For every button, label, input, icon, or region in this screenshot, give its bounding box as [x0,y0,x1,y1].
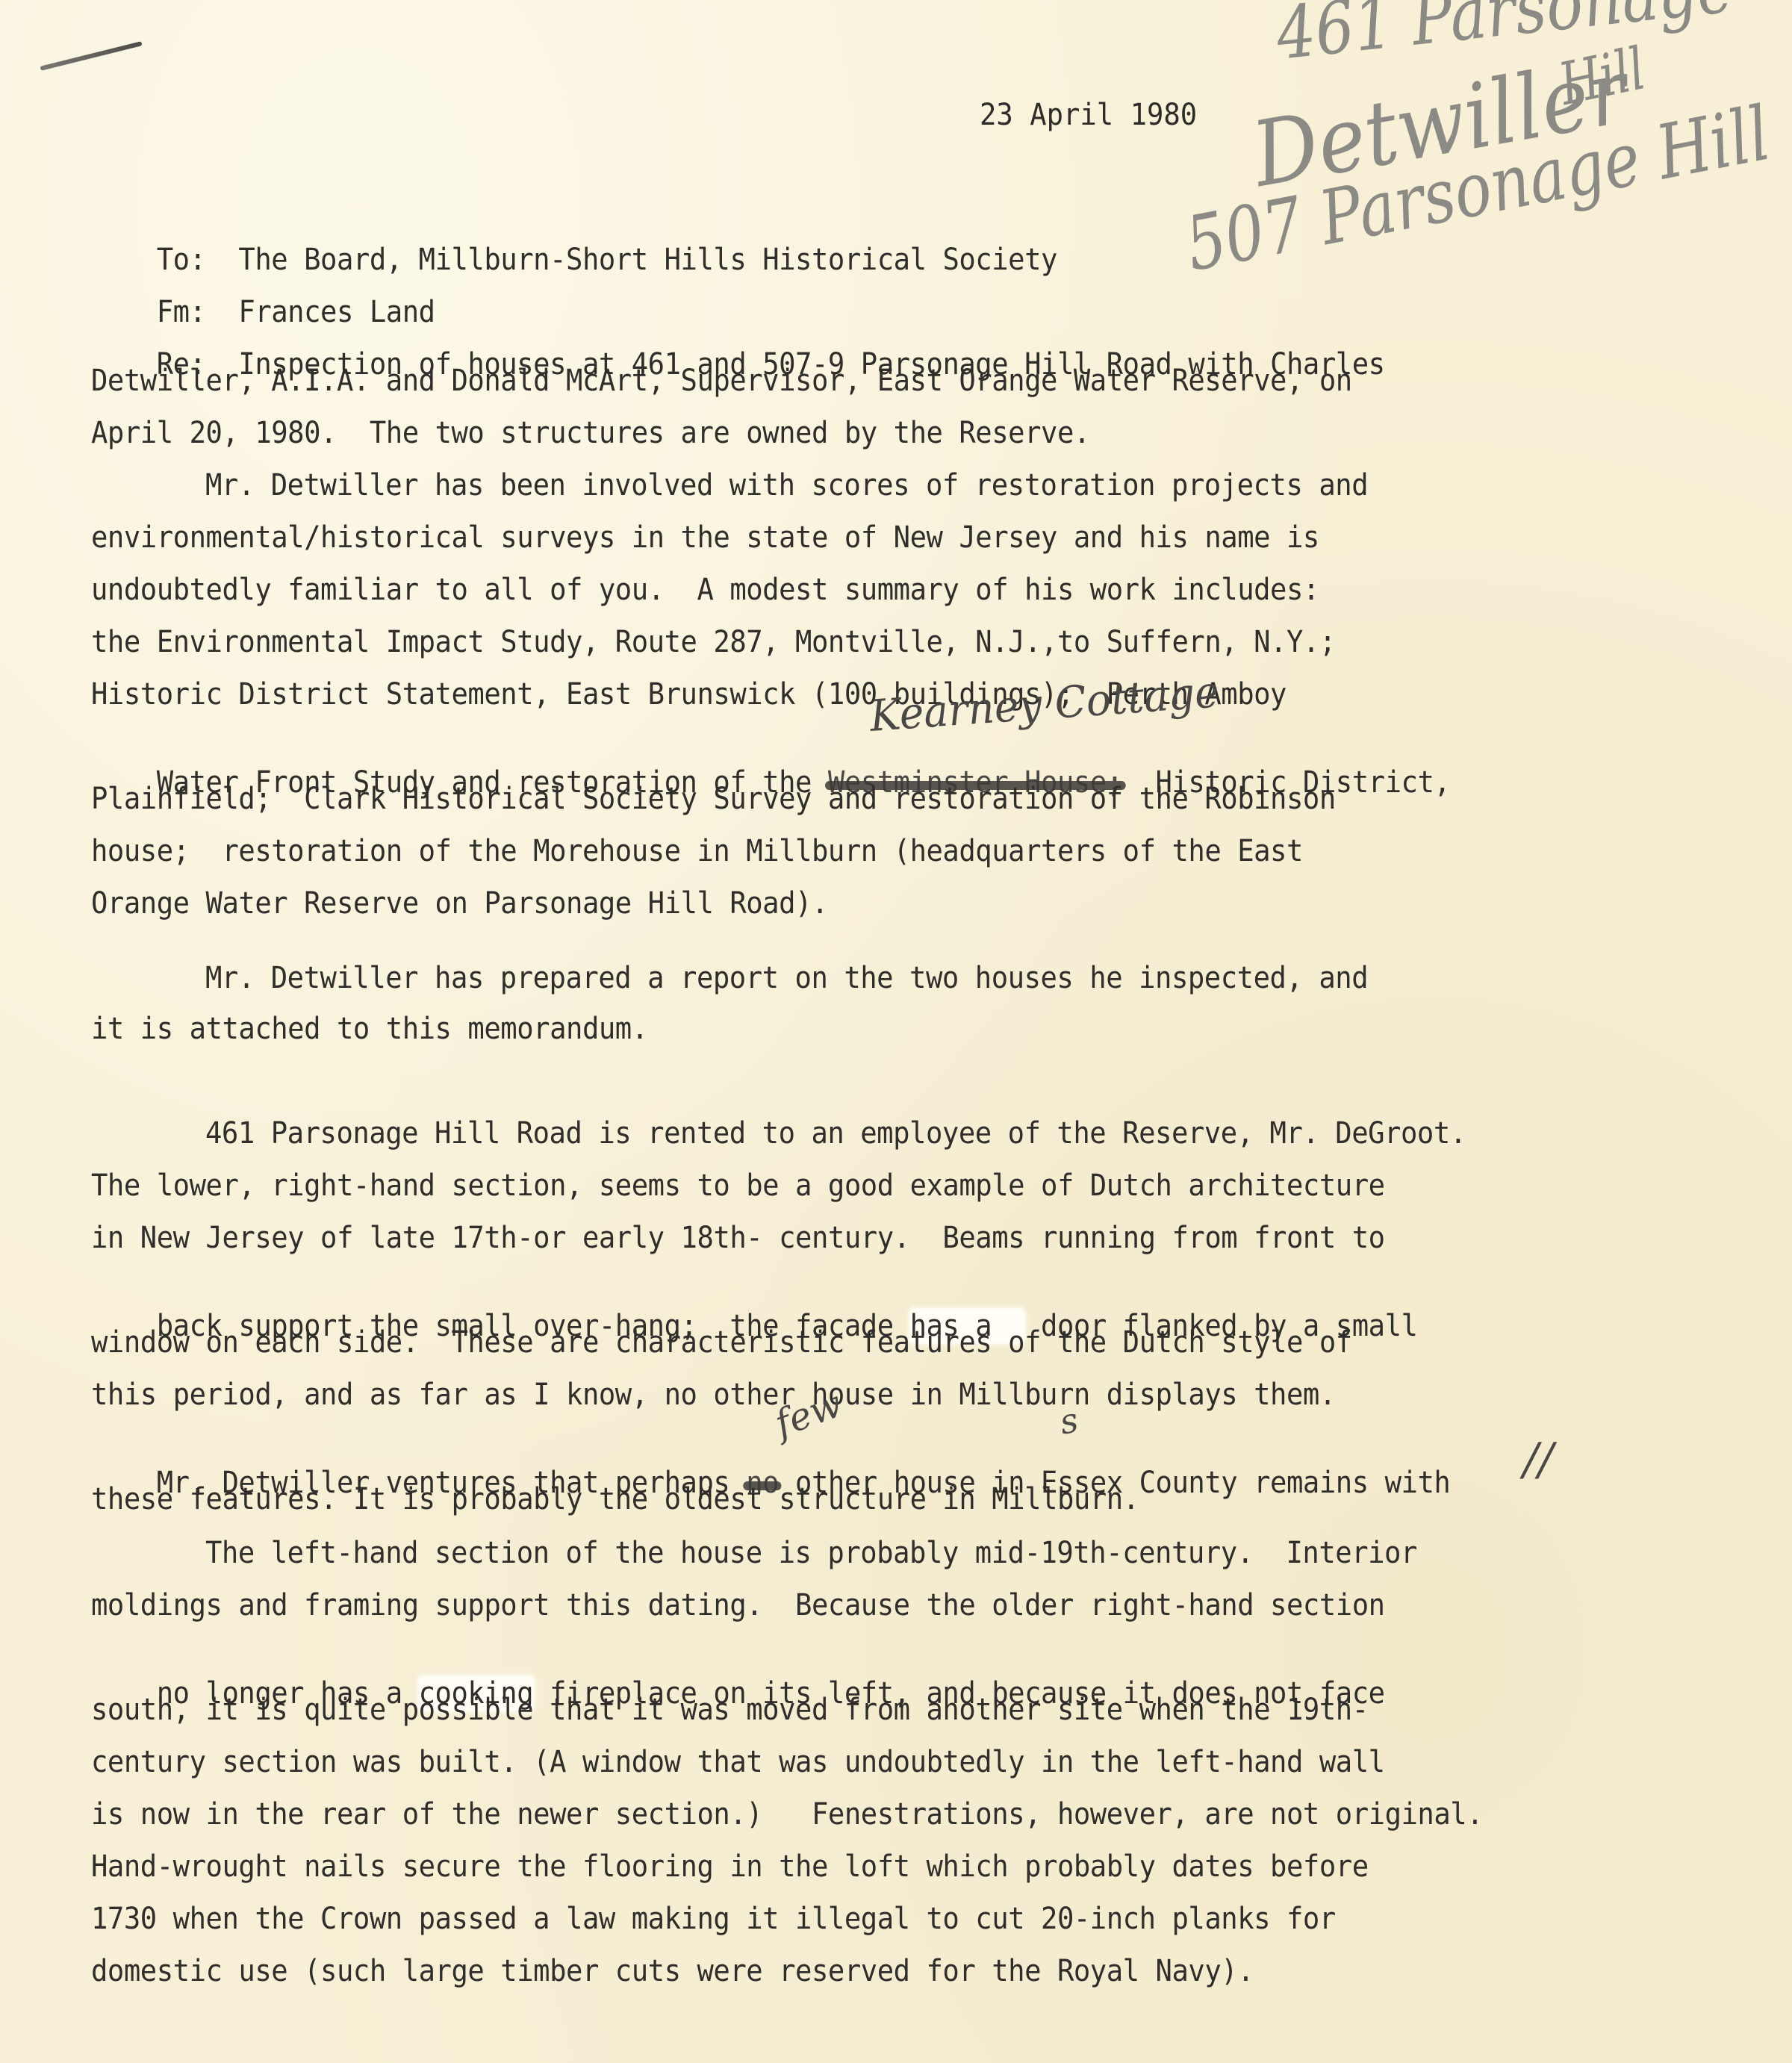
re-line-2: Detwiller, A.I.A. and Donald McArt, Supe… [91,363,1352,399]
paragraph-4-line-6: is now in the rear of the newer section.… [91,1796,1483,1832]
paragraph-1-line-2: environmental/historical surveys in the … [91,520,1319,556]
paragraph-4-line-1: The left-hand section of the house is pr… [205,1535,1417,1571]
staple-mark [40,41,142,71]
paragraph-3-line-5: window on each side. These are character… [91,1325,1352,1360]
paragraph-4-line-8: 1730 when the Crown passed a law making … [91,1901,1336,1937]
handwritten-delete-mark: // [1523,1434,1553,1486]
paragraph-3-line-8: these features. It is probably the oldes… [91,1481,1139,1517]
paragraph-1-line-7: Plainfield; Clark Historical Society Sur… [91,781,1336,817]
paragraph-2-line-1: Mr. Detwiller has prepared a report on t… [205,960,1368,996]
paragraph-4-line-2: moldings and framing support this dating… [91,1587,1385,1623]
paragraph-3-line-1: 461 Parsonage Hill Road is rented to an … [205,1115,1466,1151]
paragraph-1-line-4: the Environmental Impact Study, Route 28… [91,624,1336,660]
memo-page: 461 Parsonage Hill Detwiller 507 Parsona… [0,0,1792,2063]
re-line-3: April 20, 1980. The two structures are o… [91,415,1090,451]
paragraph-4-line-7: Hand-wrought nails secure the flooring i… [91,1849,1369,1885]
paragraph-1-line-8: house; restoration of the Morehouse in M… [91,833,1303,869]
paragraph-4-line-9: domestic use (such large timber cuts wer… [91,1953,1254,1989]
paragraph-3-line-2: The lower, right-hand section, seems to … [91,1168,1385,1204]
paragraph-1-line-3: undoubtedly familiar to all of you. A mo… [91,572,1319,608]
paragraph-3-line-3: in New Jersey of late 17th-or early 18th… [91,1220,1385,1256]
paragraph-1-line-1: Mr. Detwiller has been involved with sco… [205,467,1368,503]
paragraph-1-line-9: Orange Water Reserve on Parsonage Hill R… [91,886,828,921]
memo-date: 23 April 1980 [980,97,1197,133]
paragraph-4-line-4: south, it is quite possible that it was … [91,1692,1369,1728]
paragraph-2-line-2: it is attached to this memorandum. [91,1011,648,1047]
paragraph-4-line-5: century section was built. (A window tha… [91,1744,1385,1780]
paragraph-3-line-6: this period, and as far as I know, no ot… [91,1377,1336,1413]
